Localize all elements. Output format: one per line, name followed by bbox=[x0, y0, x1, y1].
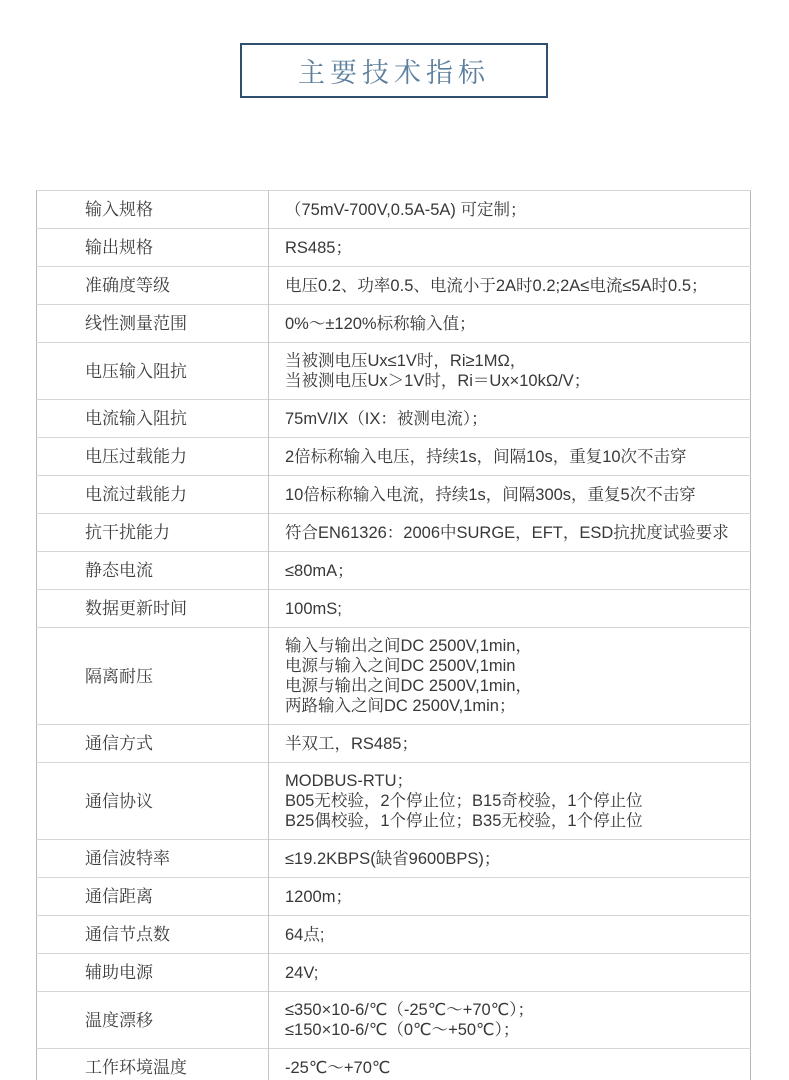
spec-label: 抗干扰能力 bbox=[37, 514, 269, 552]
spec-value: 24V; bbox=[269, 954, 751, 992]
spec-label: 工作环境温度 bbox=[37, 1049, 269, 1080]
spec-value-line: 电源与输入之间DC 2500V,1min bbox=[285, 656, 738, 676]
spec-value-line: 两路输入之间DC 2500V,1min； bbox=[285, 696, 738, 716]
spec-value-line: 100mS; bbox=[285, 599, 738, 619]
spec-value-line: ≤80mA； bbox=[285, 561, 738, 581]
spec-value-line: （75mV-700V,0.5A-5A) 可定制； bbox=[285, 200, 738, 220]
spec-value-line: 电源与输出之间DC 2500V,1min， bbox=[285, 676, 738, 696]
spec-row: 输入规格（75mV-700V,0.5A-5A) 可定制； bbox=[37, 191, 751, 229]
spec-label: 电压过载能力 bbox=[37, 438, 269, 476]
spec-label: 温度漂移 bbox=[37, 992, 269, 1049]
spec-value: -25℃～+70℃ bbox=[269, 1049, 751, 1080]
spec-value-line: 0%～±120%标称输入值； bbox=[285, 314, 738, 334]
spec-label: 辅助电源 bbox=[37, 954, 269, 992]
spec-row: 准确度等级电压0.2、功率0.5、电流小于2A时0.2;2A≤电流≤5A时0.5… bbox=[37, 267, 751, 305]
spec-row: 电压过载能力2倍标称输入电压，持续1s，间隔10s，重复10次不击穿 bbox=[37, 438, 751, 476]
spec-value-line: -25℃～+70℃ bbox=[285, 1058, 738, 1078]
spec-label: 电压输入阻抗 bbox=[37, 343, 269, 400]
spec-value: 100mS; bbox=[269, 590, 751, 628]
spec-value: 半双工，RS485； bbox=[269, 725, 751, 763]
spec-value-line: 1200m； bbox=[285, 887, 738, 907]
spec-value-line: 当被测电压Ux≤1V时，Ri≥1MΩ， bbox=[285, 351, 738, 371]
spec-value-line: B05无校验，2个停止位；B15奇校验，1个停止位 bbox=[285, 791, 738, 811]
spec-value-line: 半双工，RS485； bbox=[285, 734, 738, 754]
spec-row: 电流输入阻抗75mV/IX（IX：被测电流）； bbox=[37, 400, 751, 438]
spec-row: 电压输入阻抗当被测电压Ux≤1V时，Ri≥1MΩ，当被测电压Ux＞1V时，Ri＝… bbox=[37, 343, 751, 400]
spec-label: 通信协议 bbox=[37, 763, 269, 840]
spec-row: 隔离耐压输入与输出之间DC 2500V,1min，电源与输入之间DC 2500V… bbox=[37, 628, 751, 725]
spec-value: 64点; bbox=[269, 916, 751, 954]
spec-label: 准确度等级 bbox=[37, 267, 269, 305]
spec-value: 10倍标称输入电流，持续1s，间隔300s，重复5次不击穿 bbox=[269, 476, 751, 514]
spec-value-line: MODBUS-RTU； bbox=[285, 771, 738, 791]
spec-label: 输出规格 bbox=[37, 229, 269, 267]
spec-value-line: RS485； bbox=[285, 238, 738, 258]
spec-row: 通信距离1200m； bbox=[37, 878, 751, 916]
spec-label: 输入规格 bbox=[37, 191, 269, 229]
spec-value-line: 2倍标称输入电压，持续1s，间隔10s，重复10次不击穿 bbox=[285, 447, 738, 467]
spec-value: 1200m； bbox=[269, 878, 751, 916]
spec-value-line: 电压0.2、功率0.5、电流小于2A时0.2;2A≤电流≤5A时0.5； bbox=[285, 276, 738, 296]
spec-value-line: 当被测电压Ux＞1V时，Ri＝Ux×10kΩ/V； bbox=[285, 371, 738, 391]
title-box: 主要技术指标 bbox=[240, 43, 548, 98]
spec-value-line: 64点; bbox=[285, 925, 738, 945]
spec-value: RS485； bbox=[269, 229, 751, 267]
spec-value: 2倍标称输入电压，持续1s，间隔10s，重复10次不击穿 bbox=[269, 438, 751, 476]
spec-label: 电流输入阻抗 bbox=[37, 400, 269, 438]
spec-row: 数据更新时间100mS; bbox=[37, 590, 751, 628]
spec-value: 输入与输出之间DC 2500V,1min，电源与输入之间DC 2500V,1mi… bbox=[269, 628, 751, 725]
spec-label: 隔离耐压 bbox=[37, 628, 269, 725]
spec-row: 通信节点数64点; bbox=[37, 916, 751, 954]
spec-value: 0%～±120%标称输入值； bbox=[269, 305, 751, 343]
spec-label: 静态电流 bbox=[37, 552, 269, 590]
page-title: 主要技术指标 bbox=[298, 51, 490, 90]
spec-value-line: ≤150×10-6/℃（0℃～+50℃）； bbox=[285, 1020, 738, 1040]
spec-value: ≤19.2KBPS(缺省9600BPS)； bbox=[269, 840, 751, 878]
spec-label: 通信距离 bbox=[37, 878, 269, 916]
spec-label: 线性测量范围 bbox=[37, 305, 269, 343]
spec-value-line: 24V; bbox=[285, 963, 738, 983]
spec-label: 电流过载能力 bbox=[37, 476, 269, 514]
spec-value-line: 输入与输出之间DC 2500V,1min， bbox=[285, 636, 738, 656]
spec-value-line: 符合EN61326：2006中SURGE，EFT，ESD抗扰度试验要求 bbox=[285, 523, 738, 543]
spec-row: 通信方式半双工，RS485； bbox=[37, 725, 751, 763]
spec-value-line: 75mV/IX（IX：被测电流）； bbox=[285, 409, 738, 429]
spec-label: 通信方式 bbox=[37, 725, 269, 763]
spec-row: 工作环境温度-25℃～+70℃ bbox=[37, 1049, 751, 1080]
spec-value-line: B25偶校验，1个停止位；B35无校验，1个停止位 bbox=[285, 811, 738, 831]
spec-row: 通信波特率≤19.2KBPS(缺省9600BPS)； bbox=[37, 840, 751, 878]
spec-row: 抗干扰能力符合EN61326：2006中SURGE，EFT，ESD抗扰度试验要求 bbox=[37, 514, 751, 552]
spec-label: 数据更新时间 bbox=[37, 590, 269, 628]
spec-table-body: 输入规格（75mV-700V,0.5A-5A) 可定制；输出规格RS485；准确… bbox=[37, 191, 751, 1080]
spec-value: MODBUS-RTU；B05无校验，2个停止位；B15奇校验，1个停止位B25偶… bbox=[269, 763, 751, 840]
spec-value-line: ≤19.2KBPS(缺省9600BPS)； bbox=[285, 849, 738, 869]
spec-row: 输出规格RS485； bbox=[37, 229, 751, 267]
spec-value: ≤80mA； bbox=[269, 552, 751, 590]
spec-label: 通信节点数 bbox=[37, 916, 269, 954]
spec-value: 电压0.2、功率0.5、电流小于2A时0.2;2A≤电流≤5A时0.5； bbox=[269, 267, 751, 305]
spec-row: 静态电流≤80mA； bbox=[37, 552, 751, 590]
spec-value: 75mV/IX（IX：被测电流）； bbox=[269, 400, 751, 438]
spec-label: 通信波特率 bbox=[37, 840, 269, 878]
spec-value: 当被测电压Ux≤1V时，Ri≥1MΩ，当被测电压Ux＞1V时，Ri＝Ux×10k… bbox=[269, 343, 751, 400]
spec-value-line: 10倍标称输入电流，持续1s，间隔300s，重复5次不击穿 bbox=[285, 485, 738, 505]
spec-value: ≤350×10-6/℃（-25℃～+70℃）；≤150×10-6/℃（0℃～+5… bbox=[269, 992, 751, 1049]
spec-row: 通信协议MODBUS-RTU；B05无校验，2个停止位；B15奇校验，1个停止位… bbox=[37, 763, 751, 840]
spec-row: 电流过载能力10倍标称输入电流，持续1s，间隔300s，重复5次不击穿 bbox=[37, 476, 751, 514]
spec-row: 辅助电源24V; bbox=[37, 954, 751, 992]
spec-value: （75mV-700V,0.5A-5A) 可定制； bbox=[269, 191, 751, 229]
spec-row: 线性测量范围0%～±120%标称输入值； bbox=[37, 305, 751, 343]
spec-table: 输入规格（75mV-700V,0.5A-5A) 可定制；输出规格RS485；准确… bbox=[36, 190, 751, 1080]
spec-value: 符合EN61326：2006中SURGE，EFT，ESD抗扰度试验要求 bbox=[269, 514, 751, 552]
spec-row: 温度漂移≤350×10-6/℃（-25℃～+70℃）；≤150×10-6/℃（0… bbox=[37, 992, 751, 1049]
spec-value-line: ≤350×10-6/℃（-25℃～+70℃）； bbox=[285, 1000, 738, 1020]
